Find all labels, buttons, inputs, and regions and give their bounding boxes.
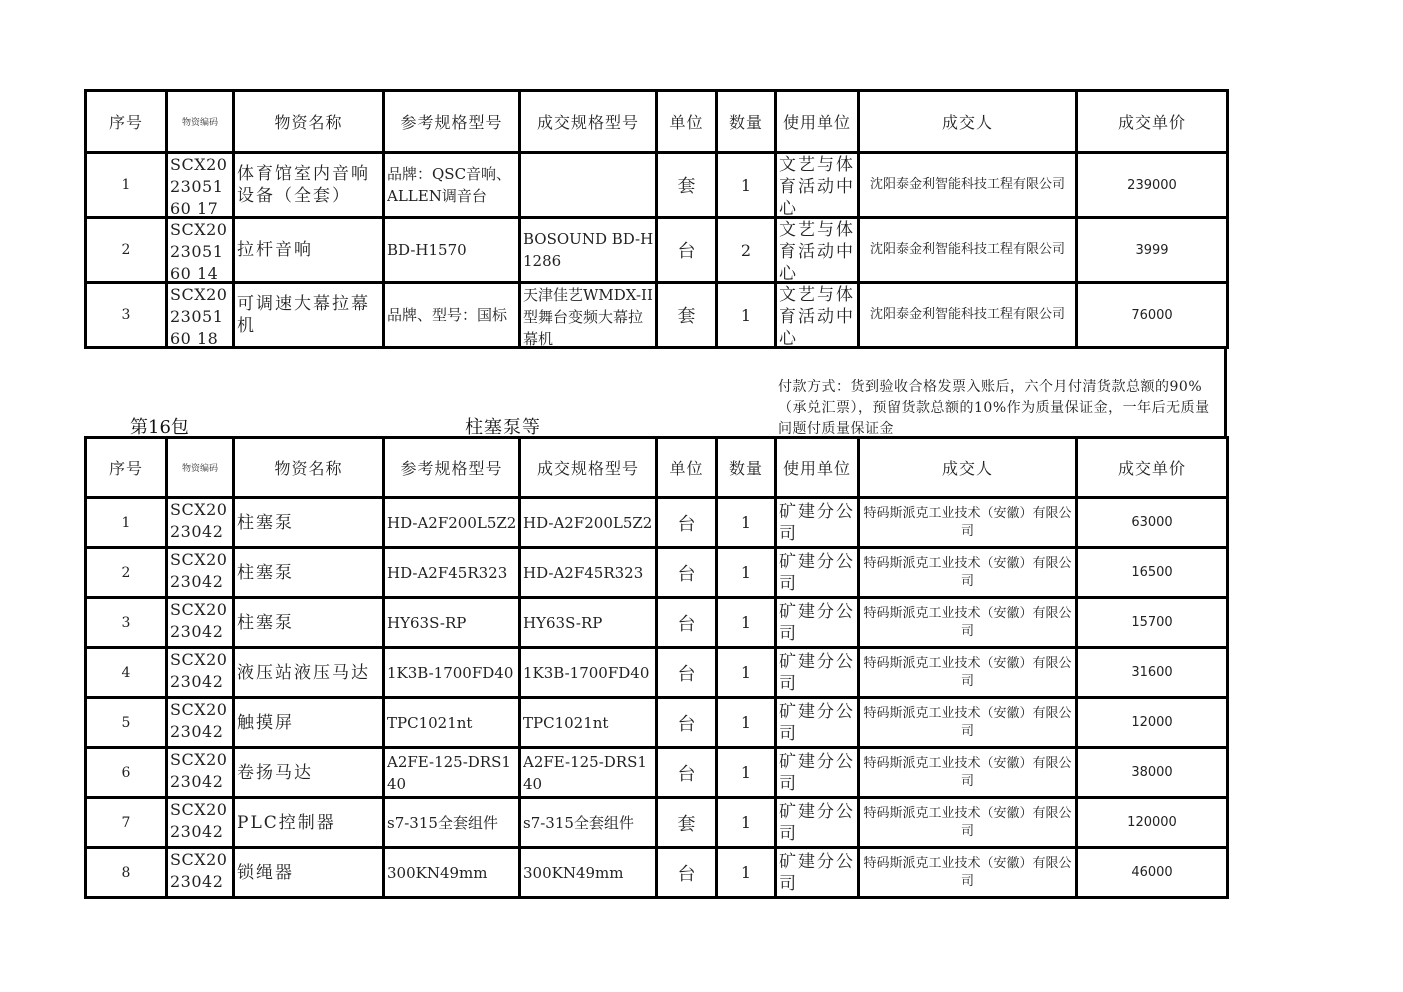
cell-user-unit: 矿建分公司 [776,598,859,648]
cell-code-text: SCX202305160 18 [170,284,232,346]
cell-code: SCX202305160 17 [167,153,234,218]
cell-seq: 1 [86,498,167,548]
cell-price-text: 16500 [1078,565,1226,580]
cell-name-text: 卷扬马达 [237,762,382,784]
cell-qty: 2 [717,218,776,283]
cell-user-unit-text: 矿建分公司 [779,801,857,845]
cell-user-unit-text: 矿建分公司 [779,601,857,645]
cell-code: SCX202304210 [167,498,234,548]
cell-vendor: 特码斯派克工业技术（安徽）有限公司 [859,498,1077,548]
table-row: 7SCX202304210PLC控制器s7-315全套组件s7-315全套组件套… [86,798,1228,848]
cell-unit-text: 台 [658,860,715,886]
cell-ref-spec-text: HY63S-RP [387,612,518,634]
header-vendor: 成交人 [859,91,1077,153]
cell-seq-text: 7 [87,815,165,831]
cell-name-text: 可调速大幕拉幕机 [237,293,382,337]
table-row: 5SCX202304210触摸屏TPC1021ntTPC1021nt台1矿建分公… [86,698,1228,748]
cell-price-text: 12000 [1078,715,1226,730]
cell-qty-text: 1 [718,813,774,832]
cell-vendor-text: 沈阳泰金利智能科技工程有限公司 [860,306,1075,324]
cell-user-unit: 矿建分公司 [776,748,859,798]
cell-vendor: 特码斯派克工业技术（安徽）有限公司 [859,698,1077,748]
cell-seq: 1 [86,153,167,218]
payment-terms: 付款方式：货到验收合格发票入账后，六个月付清货款总额的90%（承兑汇票），预留货… [778,377,1218,437]
cell-seq-text: 1 [87,177,165,193]
cell-vendor-text: 沈阳泰金利智能科技工程有限公司 [860,241,1075,259]
cell-ref-spec-text: HD-A2F200L5Z2 [387,512,518,534]
cell-vendor-text: 沈阳泰金利智能科技工程有限公司 [860,176,1075,194]
cell-unit: 台 [657,698,717,748]
cell-deal-spec-text: BOSOUND BD-H1286 [523,228,655,272]
cell-user-unit-text: 文艺与体育活动中心 [779,154,857,216]
cell-ref-spec: HY63S-RP [384,598,520,648]
cell-ref-spec: BD-H1570 [384,218,520,283]
cell-seq-text: 1 [87,515,165,531]
header-unit: 单位 [657,438,717,498]
cell-code: SCX202304210 [167,648,234,698]
table-row: 1SCX202304210柱塞泵HD-A2F200L5Z2HD-A2F200L5… [86,498,1228,548]
cell-ref-spec: 300KN49mm [384,848,520,898]
cell-code: SCX202304210 [167,598,234,648]
cell-qty: 1 [717,548,776,598]
table-row: 3SCX202305160 18可调速大幕拉幕机品牌、型号：国标天津佳艺WMDX… [86,283,1228,348]
cell-user-unit: 文艺与体育活动中心 [776,153,859,218]
cell-name-text: 柱塞泵 [237,512,382,534]
cell-vendor: 特码斯派克工业技术（安徽）有限公司 [859,848,1077,898]
cell-ref-spec-text: 品牌、型号：国标 [387,304,518,326]
cell-code: SCX202304210 [167,748,234,798]
header-seq: 序号 [86,91,167,153]
cell-seq: 2 [86,548,167,598]
cell-qty: 1 [717,698,776,748]
cell-seq-text: 4 [87,665,165,681]
cell-deal-spec: s7-315全套组件 [520,798,657,848]
cell-price-text: 120000 [1078,815,1226,830]
cell-name-text: 锁绳器 [237,862,382,884]
cell-unit-text: 台 [658,760,715,786]
cell-unit: 台 [657,848,717,898]
cell-code: SCX202304210 [167,848,234,898]
cell-user-unit: 矿建分公司 [776,498,859,548]
cell-unit-text: 套 [658,302,715,328]
cell-vendor: 特码斯派克工业技术（安徽）有限公司 [859,598,1077,648]
cell-ref-spec: TPC1021nt [384,698,520,748]
cell-ref-spec: 品牌：QSC音响、ALLEN调音台 [384,153,520,218]
cell-unit: 套 [657,798,717,848]
cell-vendor-text: 特码斯派克工业技术（安徽）有限公司 [860,605,1075,641]
cell-qty-text: 1 [718,713,774,732]
cell-price-text: 38000 [1078,765,1226,780]
header-code: 物资编码 [167,91,234,153]
cell-vendor: 沈阳泰金利智能科技工程有限公司 [859,218,1077,283]
cell-code-text: SCX202304210 [170,699,232,746]
header-row: 序号 物资编码 物资名称 参考规格型号 成交规格型号 单位 数量 使用单位 成交… [86,91,1228,153]
cell-price-text: 46000 [1078,865,1226,880]
cell-ref-spec-text: 300KN49mm [387,862,518,884]
cell-deal-spec: BOSOUND BD-H1286 [520,218,657,283]
table-row: 8SCX202304210锁绳器300KN49mm300KN49mm台1矿建分公… [86,848,1228,898]
cell-deal-spec: A2FE-125-DRS140 [520,748,657,798]
cell-price: 3999 [1077,218,1228,283]
header-code: 物资编码 [167,438,234,498]
cell-qty: 1 [717,598,776,648]
package15-table: 序号 物资编码 物资名称 参考规格型号 成交规格型号 单位 数量 使用单位 成交… [84,89,1229,349]
cell-seq-text: 3 [87,615,165,631]
cell-ref-spec: 1K3B-1700FD40 [384,648,520,698]
cell-user-unit: 矿建分公司 [776,648,859,698]
cell-user-unit-text: 矿建分公司 [779,751,857,795]
cell-ref-spec: A2FE-125-DRS140 [384,748,520,798]
cell-code: SCX202305160 18 [167,283,234,348]
cell-deal-spec: 300KN49mm [520,848,657,898]
cell-vendor-text: 特码斯派克工业技术（安徽）有限公司 [860,505,1075,541]
cell-seq-text: 3 [87,307,165,323]
cell-ref-spec-text: s7-315全套组件 [387,812,518,834]
cell-unit-text: 台 [658,660,715,686]
cell-price: 38000 [1077,748,1228,798]
table-row: 1SCX202305160 17体育馆室内音响设备（全套）品牌：QSC音响、AL… [86,153,1228,218]
cell-ref-spec-text: HD-A2F45R323 [387,562,518,584]
cell-name: 触摸屏 [234,698,384,748]
cell-price-text: 31600 [1078,665,1226,680]
cell-vendor-text: 特码斯派克工业技术（安徽）有限公司 [860,655,1075,691]
cell-deal-spec: HD-A2F200L5Z2 [520,498,657,548]
cell-deal-spec [520,153,657,218]
cell-qty-text: 1 [718,863,774,882]
cell-code: SCX202304210 [167,798,234,848]
table2-body: 1SCX202304210柱塞泵HD-A2F200L5Z2HD-A2F200L5… [86,498,1228,898]
cell-unit: 台 [657,748,717,798]
cell-price-text: 15700 [1078,615,1226,630]
cell-unit: 台 [657,218,717,283]
cell-qty-text: 1 [718,613,774,632]
header-ref-spec: 参考规格型号 [384,91,520,153]
cell-qty: 1 [717,848,776,898]
cell-unit: 台 [657,548,717,598]
cell-ref-spec-text: BD-H1570 [387,239,518,261]
cell-vendor: 特码斯派克工业技术（安徽）有限公司 [859,748,1077,798]
cell-price: 31600 [1077,648,1228,698]
table-row: 2SCX202305160 14拉杆音响BD-H1570BOSOUND BD-H… [86,218,1228,283]
cell-price: 239000 [1077,153,1228,218]
table-row: 3SCX202304210柱塞泵HY63S-RPHY63S-RP台1矿建分公司特… [86,598,1228,648]
cell-seq-text: 5 [87,715,165,731]
cell-price-text: 63000 [1078,515,1226,530]
cell-seq-text: 2 [87,565,165,581]
cell-price: 15700 [1077,598,1228,648]
cell-seq: 7 [86,798,167,848]
cell-vendor-text: 特码斯派克工业技术（安徽）有限公司 [860,555,1075,591]
cell-vendor-text: 特码斯派克工业技术（安徽）有限公司 [860,755,1075,791]
header-deal-spec: 成交规格型号 [520,91,657,153]
cell-user-unit: 矿建分公司 [776,698,859,748]
table-row: 4SCX202304210液压站液压马达1K3B-1700FD401K3B-17… [86,648,1228,698]
cell-qty-text: 1 [718,663,774,682]
cell-code-text: SCX202304210 [170,549,232,596]
cell-vendor: 特码斯派克工业技术（安徽）有限公司 [859,798,1077,848]
cell-unit-text: 台 [658,510,715,536]
cell-price: 63000 [1077,498,1228,548]
header-user-unit: 使用单位 [776,91,859,153]
cell-deal-spec-text: 300KN49mm [523,862,655,884]
cell-qty-text: 1 [718,176,774,195]
cell-vendor: 特码斯派克工业技术（安徽）有限公司 [859,548,1077,598]
cell-name: 卷扬马达 [234,748,384,798]
header-unit: 单位 [657,91,717,153]
cell-name: 柱塞泵 [234,498,384,548]
cell-name-text: 柱塞泵 [237,562,382,584]
cell-price: 16500 [1077,548,1228,598]
cell-user-unit: 文艺与体育活动中心 [776,283,859,348]
cell-seq: 2 [86,218,167,283]
cell-user-unit: 文艺与体育活动中心 [776,218,859,283]
header-name: 物资名称 [234,91,384,153]
cell-user-unit-text: 文艺与体育活动中心 [779,284,857,346]
cell-user-unit-text: 矿建分公司 [779,551,857,595]
cell-unit: 台 [657,598,717,648]
cell-ref-spec: s7-315全套组件 [384,798,520,848]
cell-user-unit-text: 文艺与体育活动中心 [779,219,857,281]
cell-price: 76000 [1077,283,1228,348]
header-price: 成交单价 [1077,438,1228,498]
cell-code-text: SCX202304210 [170,849,232,896]
cell-unit: 套 [657,283,717,348]
header-seq: 序号 [86,438,167,498]
cell-code: SCX202304210 [167,698,234,748]
cell-code-text: SCX202304210 [170,749,232,796]
cell-name-text: 体育馆室内音响设备（全套） [237,163,382,207]
cell-qty: 1 [717,153,776,218]
cell-unit-text: 台 [658,710,715,736]
cell-price: 120000 [1077,798,1228,848]
cell-ref-spec: 品牌、型号：国标 [384,283,520,348]
cell-qty-text: 2 [718,241,774,260]
table-row: 6SCX202304210卷扬马达A2FE-125-DRS140A2FE-125… [86,748,1228,798]
cell-code-text: SCX202304210 [170,799,232,846]
cell-vendor: 特码斯派克工业技术（安徽）有限公司 [859,648,1077,698]
cell-seq: 4 [86,648,167,698]
header-name: 物资名称 [234,438,384,498]
cell-name: 拉杆音响 [234,218,384,283]
cell-name: 锁绳器 [234,848,384,898]
header-ref-spec: 参考规格型号 [384,438,520,498]
cell-qty: 1 [717,498,776,548]
cell-unit-text: 台 [658,610,715,636]
cell-user-unit-text: 矿建分公司 [779,851,857,895]
cell-user-unit: 矿建分公司 [776,848,859,898]
cell-unit-text: 台 [658,237,715,263]
cell-price-text: 76000 [1078,308,1226,323]
cell-qty-text: 1 [718,763,774,782]
cell-deal-spec: TPC1021nt [520,698,657,748]
cell-vendor-text: 特码斯派克工业技术（安徽）有限公司 [860,805,1075,841]
cell-price-text: 3999 [1078,243,1226,258]
cell-qty-text: 1 [718,563,774,582]
cell-ref-spec-text: A2FE-125-DRS140 [387,751,518,795]
cell-user-unit-text: 矿建分公司 [779,651,857,695]
cell-user-unit-text: 矿建分公司 [779,701,857,745]
cell-vendor: 沈阳泰金利智能科技工程有限公司 [859,283,1077,348]
cell-price: 12000 [1077,698,1228,748]
cell-seq: 5 [86,698,167,748]
cell-qty-text: 1 [718,306,774,325]
cell-name: 液压站液压马达 [234,648,384,698]
header-qty: 数量 [717,438,776,498]
cell-unit-text: 套 [658,172,715,198]
cell-vendor-text: 特码斯派克工业技术（安徽）有限公司 [860,705,1075,741]
cell-qty: 1 [717,798,776,848]
cell-deal-spec-text: 1K3B-1700FD40 [523,662,655,684]
cell-user-unit: 矿建分公司 [776,548,859,598]
cell-deal-spec: HD-A2F45R323 [520,548,657,598]
cell-vendor-text: 特码斯派克工业技术（安徽）有限公司 [860,855,1075,891]
right-border-line [1224,346,1227,438]
cell-code: SCX202304210 [167,548,234,598]
cell-deal-spec: 天津佳艺WMDX-II型舞台变频大幕拉幕机 [520,283,657,348]
cell-ref-spec: HD-A2F200L5Z2 [384,498,520,548]
cell-code-text: SCX202304210 [170,599,232,646]
table1-body: 1SCX202305160 17体育馆室内音响设备（全套）品牌：QSC音响、AL… [86,153,1228,348]
header-deal-spec: 成交规格型号 [520,438,657,498]
cell-price-text: 239000 [1078,178,1226,193]
cell-ref-spec-text: 品牌：QSC音响、ALLEN调音台 [387,163,518,207]
cell-unit: 套 [657,153,717,218]
header-price: 成交单价 [1077,91,1228,153]
cell-qty: 1 [717,648,776,698]
cell-unit-text: 台 [658,560,715,586]
cell-name: PLC控制器 [234,798,384,848]
cell-name-text: 液压站液压马达 [237,662,382,684]
cell-seq-text: 2 [87,242,165,258]
cell-qty: 1 [717,283,776,348]
header-user-unit: 使用单位 [776,438,859,498]
cell-qty-text: 1 [718,513,774,532]
cell-deal-spec: HY63S-RP [520,598,657,648]
cell-deal-spec: 1K3B-1700FD40 [520,648,657,698]
cell-deal-spec-text: HD-A2F45R323 [523,562,655,584]
cell-name-text: PLC控制器 [237,812,382,834]
package16-table: 序号 物资编码 物资名称 参考规格型号 成交规格型号 单位 数量 使用单位 成交… [84,436,1229,899]
cell-name-text: 柱塞泵 [237,612,382,634]
cell-deal-spec-text: s7-315全套组件 [523,812,655,834]
cell-name: 体育馆室内音响设备（全套） [234,153,384,218]
cell-deal-spec-text: TPC1021nt [523,712,655,734]
cell-unit: 台 [657,648,717,698]
cell-deal-spec-text: HD-A2F200L5Z2 [523,512,655,534]
cell-name-text: 触摸屏 [237,712,382,734]
cell-code-text: SCX202304210 [170,499,232,546]
cell-deal-spec-text: 天津佳艺WMDX-II型舞台变频大幕拉幕机 [523,284,655,346]
header-qty: 数量 [717,91,776,153]
cell-seq: 3 [86,283,167,348]
cell-seq: 6 [86,748,167,798]
cell-seq-text: 8 [87,865,165,881]
header-vendor: 成交人 [859,438,1077,498]
cell-unit: 台 [657,498,717,548]
cell-seq: 3 [86,598,167,648]
cell-code: SCX202305160 14 [167,218,234,283]
cell-name-text: 拉杆音响 [237,239,382,261]
cell-vendor: 沈阳泰金利智能科技工程有限公司 [859,153,1077,218]
table-row: 2SCX202304210柱塞泵HD-A2F45R323HD-A2F45R323… [86,548,1228,598]
cell-user-unit-text: 矿建分公司 [779,501,857,545]
cell-code-text: SCX202305160 14 [170,219,232,281]
cell-ref-spec-text: 1K3B-1700FD40 [387,662,518,684]
cell-name: 柱塞泵 [234,548,384,598]
cell-name: 柱塞泵 [234,598,384,648]
cell-deal-spec-text: A2FE-125-DRS140 [523,751,655,795]
cell-code-text: SCX202305160 17 [170,154,232,216]
cell-ref-spec: HD-A2F45R323 [384,548,520,598]
cell-seq: 8 [86,848,167,898]
cell-unit-text: 套 [658,810,715,836]
cell-seq-text: 6 [87,765,165,781]
header-row: 序号 物资编码 物资名称 参考规格型号 成交规格型号 单位 数量 使用单位 成交… [86,438,1228,498]
cell-code-text: SCX202304210 [170,649,232,696]
cell-name: 可调速大幕拉幕机 [234,283,384,348]
cell-qty: 1 [717,748,776,798]
cell-user-unit: 矿建分公司 [776,798,859,848]
cell-deal-spec-text: HY63S-RP [523,612,655,634]
cell-ref-spec-text: TPC1021nt [387,712,518,734]
cell-price: 46000 [1077,848,1228,898]
